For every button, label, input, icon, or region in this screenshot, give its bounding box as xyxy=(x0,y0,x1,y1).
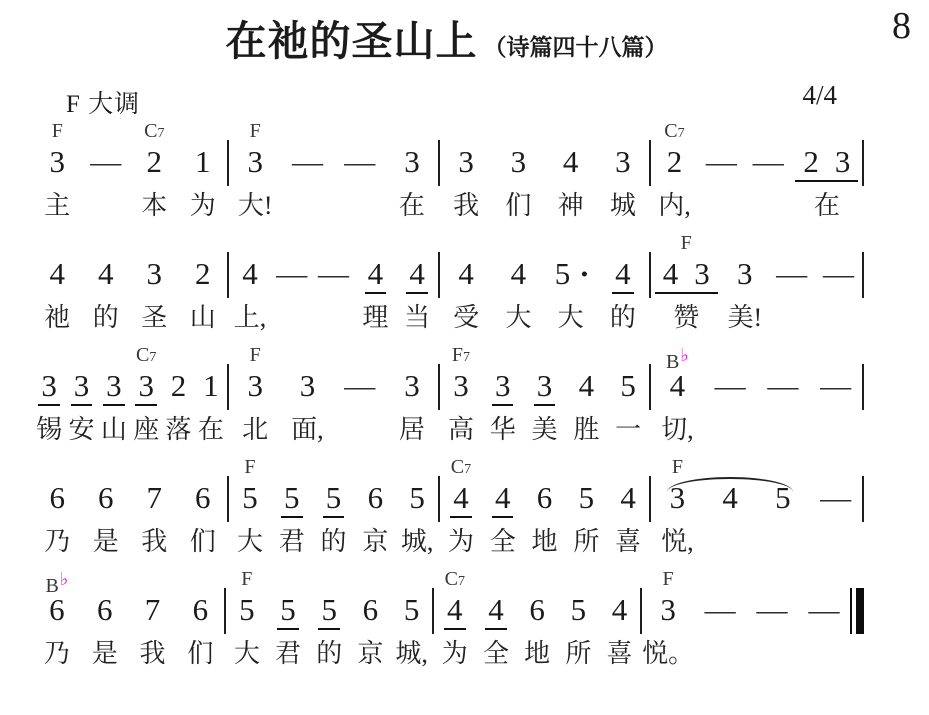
final-barline xyxy=(850,588,864,634)
note: 5 xyxy=(617,368,639,408)
measure: 6乃6是7我6们 xyxy=(33,454,227,558)
measure: 4受4大5·大4的 xyxy=(440,230,649,334)
lyric-syllable: 京 xyxy=(362,526,388,558)
note: 6 xyxy=(47,480,69,520)
note-cell: F73高 xyxy=(440,342,482,446)
note-cell: 3山 xyxy=(98,342,130,446)
note-cell: — xyxy=(757,342,810,446)
note: 4 xyxy=(47,256,69,296)
note-cell: F3大! xyxy=(229,118,281,222)
dash-icon: — xyxy=(341,144,378,180)
note-digit: 3 xyxy=(71,368,93,406)
note-cell: 4当 xyxy=(396,230,438,334)
lyric-syllable: 赞 xyxy=(673,302,699,334)
note: 4 xyxy=(365,256,387,296)
lyric-syllable: 的 xyxy=(316,638,342,670)
note-digit: 4 xyxy=(576,368,598,404)
note: 3 xyxy=(144,256,166,296)
note-cell: B♭6乃 xyxy=(33,566,81,670)
note: 4 xyxy=(617,480,639,520)
note: 4 xyxy=(508,256,530,296)
note-digit: 6 xyxy=(360,592,382,628)
lyric-syllable: 乃 xyxy=(44,526,70,558)
note-cell: 3安 xyxy=(65,342,97,446)
chord-label: F xyxy=(250,118,261,144)
note-digit: 4 xyxy=(95,256,117,292)
measure: 3锡3安3山C73座2落1在 xyxy=(33,342,227,446)
note-cell: — xyxy=(313,230,355,334)
lyric-syllable: 全 xyxy=(490,526,516,558)
staff-system: 4祂4的3圣2山4上,——4理4当4受4大5·大4的F43赞3美!—— xyxy=(33,230,864,334)
note-digit: 5 xyxy=(323,480,345,518)
note-cell: 4祂 xyxy=(33,230,82,334)
dash-icon: — xyxy=(820,256,857,292)
note: 3 xyxy=(450,368,472,408)
note-cell: 6京 xyxy=(350,566,391,670)
note-digit: 3 xyxy=(508,144,530,180)
note-cell: 4喜 xyxy=(599,566,640,670)
note: 5 xyxy=(236,592,258,632)
chord-label: F xyxy=(672,454,683,480)
note-cell: F3悦。 xyxy=(642,566,694,670)
lyric-syllable: 的 xyxy=(610,302,636,334)
note-digit: 4 xyxy=(444,592,466,630)
note: 4 xyxy=(485,592,507,632)
note-cell: 3圣 xyxy=(130,230,179,334)
dash-icon: — xyxy=(703,144,740,180)
dash-extension: — xyxy=(341,144,378,184)
chord-seventh: 7 xyxy=(463,350,470,365)
note: 6 xyxy=(360,592,382,632)
lyric-syllable: 锡 xyxy=(36,414,62,446)
note-cell: 5·大 xyxy=(545,230,597,334)
note-digit: 5 xyxy=(401,592,423,628)
note-cell: 5城, xyxy=(391,566,432,670)
beamed-note: 4 xyxy=(663,256,679,292)
dash-icon: — xyxy=(702,592,739,628)
dash-icon: — xyxy=(315,256,352,292)
note-digit: 5 xyxy=(552,256,574,292)
note-digit: 4 xyxy=(365,256,387,294)
lyric-syllable: 北 xyxy=(242,414,268,446)
note-cell: F5大 xyxy=(229,454,271,558)
note-cell: 4理 xyxy=(354,230,396,334)
note-cell: 3美 xyxy=(524,342,566,446)
staff-system: B♭6乃6是7我6们F5大5君5的6京5城,C74为4全6地5所4喜F3悦。——… xyxy=(33,566,864,670)
dash-icon: — xyxy=(712,368,749,404)
final-barline-thin xyxy=(850,588,852,634)
note-cell: 3们 xyxy=(492,118,544,222)
dash-extension: — xyxy=(820,256,857,296)
note: 7 xyxy=(144,480,166,520)
note-cell: C74为 xyxy=(434,566,475,670)
measure: F3北3面,—3居 xyxy=(229,342,438,446)
lyric-syllable: 在 xyxy=(814,190,840,222)
note-digit: 4 xyxy=(492,480,514,518)
note-cell: 6地 xyxy=(524,454,566,558)
chord-seventh: 7 xyxy=(157,126,164,141)
lyric-syllable: 一 xyxy=(615,414,641,446)
note-digit: 5 xyxy=(576,480,598,516)
note-digit: 3 xyxy=(534,368,556,406)
note-cell: 4 xyxy=(704,454,757,558)
dash-icon: — xyxy=(750,144,787,180)
note-cell: 4神 xyxy=(545,118,597,222)
dash-extension: — xyxy=(806,592,843,632)
note-cell: 1在 xyxy=(195,342,227,446)
note: 3 xyxy=(401,368,423,408)
note-cell: — xyxy=(281,118,333,222)
note-digit: 4 xyxy=(667,368,689,404)
note: 3 xyxy=(244,144,266,184)
chord-label: B♭ xyxy=(666,342,689,368)
note-digit: 2 xyxy=(192,256,214,292)
lyric-syllable: 君 xyxy=(279,526,305,558)
note-cell: — xyxy=(271,230,313,334)
dash-icon: — xyxy=(764,368,801,404)
note-digit: 3 xyxy=(450,368,472,404)
note-digit: 6 xyxy=(95,480,117,516)
note-digit: 5 xyxy=(568,592,590,628)
note-digit: 2 xyxy=(144,144,166,180)
note-cell: 7我 xyxy=(129,566,177,670)
lyric-syllable: 美 xyxy=(532,414,558,446)
note: 6 xyxy=(192,480,214,520)
note-digit: 1 xyxy=(192,144,214,180)
lyric-syllable: 神 xyxy=(558,190,584,222)
lyric-syllable: 座 xyxy=(133,414,159,446)
lyric-syllable: 切, xyxy=(661,414,694,446)
note-cell: C73座 xyxy=(130,342,162,446)
note: 3 xyxy=(734,256,756,296)
note-digit: 6 xyxy=(526,592,548,628)
lyric-syllable: 城 xyxy=(610,190,636,222)
note-cell: — xyxy=(334,342,386,446)
note: 2 xyxy=(168,368,190,408)
measure: F5大5君5的6京5城, xyxy=(229,454,438,558)
lyric-syllable: 喜 xyxy=(607,638,633,670)
note: 4 xyxy=(576,368,598,408)
chord-seventh: 7 xyxy=(464,462,471,477)
note-digit: 3 xyxy=(734,256,756,292)
note-digit: 3 xyxy=(144,256,166,292)
note: 3 xyxy=(244,368,266,408)
chord-seventh: 7 xyxy=(458,574,465,589)
lyric-syllable: 美! xyxy=(727,302,762,334)
note-cell: C72内, xyxy=(651,118,698,222)
note: 3 xyxy=(47,144,69,184)
barline xyxy=(862,476,864,522)
note-cell: 4大 xyxy=(492,230,544,334)
note: 3 xyxy=(534,368,556,408)
note: 3 xyxy=(657,592,679,632)
note-digit: 7 xyxy=(144,480,166,516)
dash-extension: — xyxy=(764,368,801,408)
lyric-syllable: 理 xyxy=(362,302,388,334)
lyric-syllable: 胜 xyxy=(573,414,599,446)
note-cell: — xyxy=(746,566,798,670)
note-cell: 6是 xyxy=(81,566,129,670)
note-cell: — xyxy=(809,454,862,558)
lyric-syllable: 为 xyxy=(448,526,474,558)
note: 6 xyxy=(526,592,548,632)
lyric-syllable: 悦, xyxy=(661,526,694,558)
lyric-syllable: 所 xyxy=(573,526,599,558)
note-cell: 6地 xyxy=(517,566,558,670)
dash-icon: — xyxy=(817,480,854,516)
note-cell: 3城 xyxy=(597,118,649,222)
dash-extension: — xyxy=(754,592,791,632)
measure: C74为4全6地5所4喜 xyxy=(434,566,640,670)
note-digit: 4 xyxy=(508,256,530,292)
lyric-syllable: 们 xyxy=(505,190,531,222)
note-digit: 3 xyxy=(103,368,125,406)
note-digit: 3 xyxy=(657,592,679,628)
note-digit: 3 xyxy=(492,368,514,406)
note-digit: 3 xyxy=(455,144,477,180)
chord-label: F xyxy=(241,566,252,592)
note: 5 xyxy=(281,480,303,520)
lyric-syllable: 面, xyxy=(291,414,324,446)
note-digit: 3 xyxy=(297,368,319,404)
note: 43 xyxy=(655,256,718,296)
note-digit: 4 xyxy=(609,592,631,628)
dash-extension: — xyxy=(750,144,787,184)
dash-extension: — xyxy=(273,256,310,296)
chord-label: C7 xyxy=(445,566,465,592)
chord-label: F7 xyxy=(452,342,470,368)
note: 7 xyxy=(142,592,164,632)
dash-icon: — xyxy=(773,256,810,292)
dash-extension: — xyxy=(87,144,124,184)
note: 3 xyxy=(455,144,477,184)
note-cell: 2落 xyxy=(162,342,194,446)
note: 3 xyxy=(492,368,514,408)
lyric-syllable: 地 xyxy=(532,526,558,558)
note-cell: 3美! xyxy=(721,230,768,334)
lyric-syllable: 大 xyxy=(558,302,584,334)
note-cell: — xyxy=(82,118,131,222)
measure: C72内,——23在 xyxy=(651,118,862,222)
note: 6 xyxy=(365,480,387,520)
chord-label: B♭ xyxy=(45,566,68,592)
lyric-syllable: 大 xyxy=(237,526,263,558)
chord-label: F xyxy=(250,342,261,368)
measure: F3悦。——— xyxy=(642,566,850,670)
dash-icon: — xyxy=(341,368,378,404)
dash-icon: — xyxy=(754,592,791,628)
lyric-syllable: 们 xyxy=(187,638,213,670)
note-digit: 4 xyxy=(485,592,507,630)
dash-extension: — xyxy=(315,256,352,296)
measure: F3大!——3在 xyxy=(229,118,438,222)
chord-label: C7 xyxy=(136,342,156,368)
staff-system: 6乃6是7我6们F5大5君5的6京5城,C74为4全6地5所4喜F3悦,45— xyxy=(33,454,864,558)
note-cell: 6京 xyxy=(354,454,396,558)
note: 4 xyxy=(450,480,472,520)
dash-extension: — xyxy=(341,368,378,408)
note-cell: 4的 xyxy=(597,230,649,334)
note-cell: — xyxy=(745,118,792,222)
note-cell: 6乃 xyxy=(33,454,82,558)
beam-group: 23 xyxy=(795,144,858,182)
note-digit: 4 xyxy=(455,256,477,292)
note: 3 xyxy=(103,368,125,408)
chord-label: F xyxy=(244,454,255,480)
dash-extension: — xyxy=(773,256,810,296)
note-digit: 3 xyxy=(38,368,60,406)
lyric-syllable: 华 xyxy=(490,414,516,446)
dash-extension: — xyxy=(817,480,854,520)
dash-icon: — xyxy=(289,144,326,180)
note-cell: 7我 xyxy=(130,454,179,558)
note-cell: B♭4切, xyxy=(651,342,704,446)
measure: B♭6乃6是7我6们 xyxy=(33,566,224,670)
lyric-syllable: 城, xyxy=(395,638,428,670)
note-cell: 5 xyxy=(757,454,810,558)
note-cell: 5的 xyxy=(309,566,350,670)
note: 5 xyxy=(239,480,261,520)
dash-icon: — xyxy=(273,256,310,292)
note-cell: 3居 xyxy=(386,342,438,446)
note-digit: 3 xyxy=(244,368,266,404)
lyric-syllable: 喜 xyxy=(615,526,641,558)
beamed-note: 3 xyxy=(694,256,710,292)
chord-label: C7 xyxy=(664,118,684,144)
note-cell: — xyxy=(698,118,745,222)
final-barline-thick xyxy=(856,588,864,634)
note-cell: 5君 xyxy=(267,566,308,670)
dash-extension: — xyxy=(289,144,326,184)
measure: 4祂4的3圣2山 xyxy=(33,230,227,334)
note: 4 xyxy=(95,256,117,296)
flat-icon: ♭ xyxy=(680,345,689,365)
note-cell: F43赞 xyxy=(651,230,721,334)
lyric-syllable: 大! xyxy=(238,190,273,222)
note-cell: C72本 xyxy=(130,118,179,222)
note-cell: — xyxy=(815,230,862,334)
lyric-syllable: 为 xyxy=(190,190,216,222)
note-cell: 4全 xyxy=(482,454,524,558)
note-digit: 5 xyxy=(318,592,340,630)
measure: 4上,——4理4当 xyxy=(229,230,438,334)
beamed-note: 2 xyxy=(803,144,819,180)
note-digit: 5 xyxy=(406,480,428,516)
note-digit: 5 xyxy=(281,480,303,518)
lyric-syllable: 的 xyxy=(321,526,347,558)
note-digit: 4 xyxy=(47,256,69,292)
lyric-syllable: 京 xyxy=(357,638,383,670)
lyric-syllable: 我 xyxy=(141,526,167,558)
note-cell: 4上, xyxy=(229,230,271,334)
note: 1 xyxy=(200,368,222,408)
note-cell: — xyxy=(704,342,757,446)
dash-extension: — xyxy=(702,592,739,632)
note-digit: 4 xyxy=(612,256,634,294)
note-cell: 4受 xyxy=(440,230,492,334)
lyric-syllable: 是 xyxy=(92,638,118,670)
lyric-syllable: 大 xyxy=(505,302,531,334)
lyric-syllable: 当 xyxy=(404,302,430,334)
lyric-syllable: 本 xyxy=(141,190,167,222)
note: 6 xyxy=(94,592,116,632)
note: 2 xyxy=(144,144,166,184)
lyric-syllable: 乃 xyxy=(44,638,70,670)
lyric-syllable: 我 xyxy=(453,190,479,222)
note-cell: 4胜 xyxy=(565,342,607,446)
lyric-syllable: 君 xyxy=(275,638,301,670)
dash-icon: — xyxy=(87,144,124,180)
chord-label: F xyxy=(663,566,674,592)
note: 6 xyxy=(190,592,212,632)
key-signature: F 大调 xyxy=(66,84,140,120)
note: 4 xyxy=(492,480,514,520)
lyric-syllable: 地 xyxy=(524,638,550,670)
note: 6 xyxy=(534,480,556,520)
lyric-syllable: 所 xyxy=(565,638,591,670)
lyric-syllable: 居 xyxy=(399,414,425,446)
note-digit: 6 xyxy=(365,480,387,516)
barline xyxy=(862,140,864,186)
lyric-syllable: 安 xyxy=(69,414,95,446)
note-cell: 5一 xyxy=(607,342,649,446)
lyric-syllable: 大 xyxy=(234,638,260,670)
beamed-note: 3 xyxy=(835,144,851,180)
note: 4 xyxy=(444,592,466,632)
note: 4 xyxy=(455,256,477,296)
note-digit: 4 xyxy=(450,480,472,518)
note-cell: — xyxy=(334,118,386,222)
note-digit: 3 xyxy=(612,144,634,180)
note-digit: 2 xyxy=(168,368,190,404)
barline xyxy=(862,252,864,298)
note-cell: 5所 xyxy=(558,566,599,670)
measure: F43赞3美!—— xyxy=(651,230,862,334)
note: 3 xyxy=(135,368,157,408)
sheet-music-page: 8 在祂的圣山上（诗篇四十八篇） F 大调 4/4 F3主—C72本1为F3大!… xyxy=(0,0,929,715)
note-cell: F5大 xyxy=(226,566,267,670)
note-digit: 6 xyxy=(46,592,68,628)
note-cell: 4的 xyxy=(82,230,131,334)
note: 5· xyxy=(552,256,590,296)
lyric-syllable: 山 xyxy=(101,414,127,446)
note-cell: 1为 xyxy=(179,118,228,222)
lyric-syllable: 在 xyxy=(198,414,224,446)
note-cell: F3主 xyxy=(33,118,82,222)
dash-icon: — xyxy=(817,368,854,404)
measure: F3悦,45— xyxy=(651,454,862,558)
note-digit: 4 xyxy=(406,256,428,294)
lyric-syllable: 祂 xyxy=(44,302,70,334)
lyric-syllable: 悦。 xyxy=(642,638,694,670)
chord-seventh: 7 xyxy=(149,350,156,365)
note: 4 xyxy=(612,256,634,296)
note-digit: 3 xyxy=(401,144,423,180)
score: F3主—C72本1为F3大!——3在3我3们4神3城C72内,——23在4祂4的… xyxy=(33,118,864,678)
note: 4 xyxy=(667,368,689,408)
note-digit: 5 xyxy=(236,592,258,628)
dash-extension: — xyxy=(712,368,749,408)
dash-extension: — xyxy=(703,144,740,184)
note-cell: F3悦, xyxy=(651,454,704,558)
note-digit: 6 xyxy=(192,480,214,516)
lyric-syllable: 内, xyxy=(658,190,691,222)
note: 5 xyxy=(323,480,345,520)
lyric-syllable: 山 xyxy=(190,302,216,334)
lyric-syllable: 高 xyxy=(448,414,474,446)
measure: C74为4全6地5所4喜 xyxy=(440,454,649,558)
note-cell: 3锡 xyxy=(33,342,65,446)
